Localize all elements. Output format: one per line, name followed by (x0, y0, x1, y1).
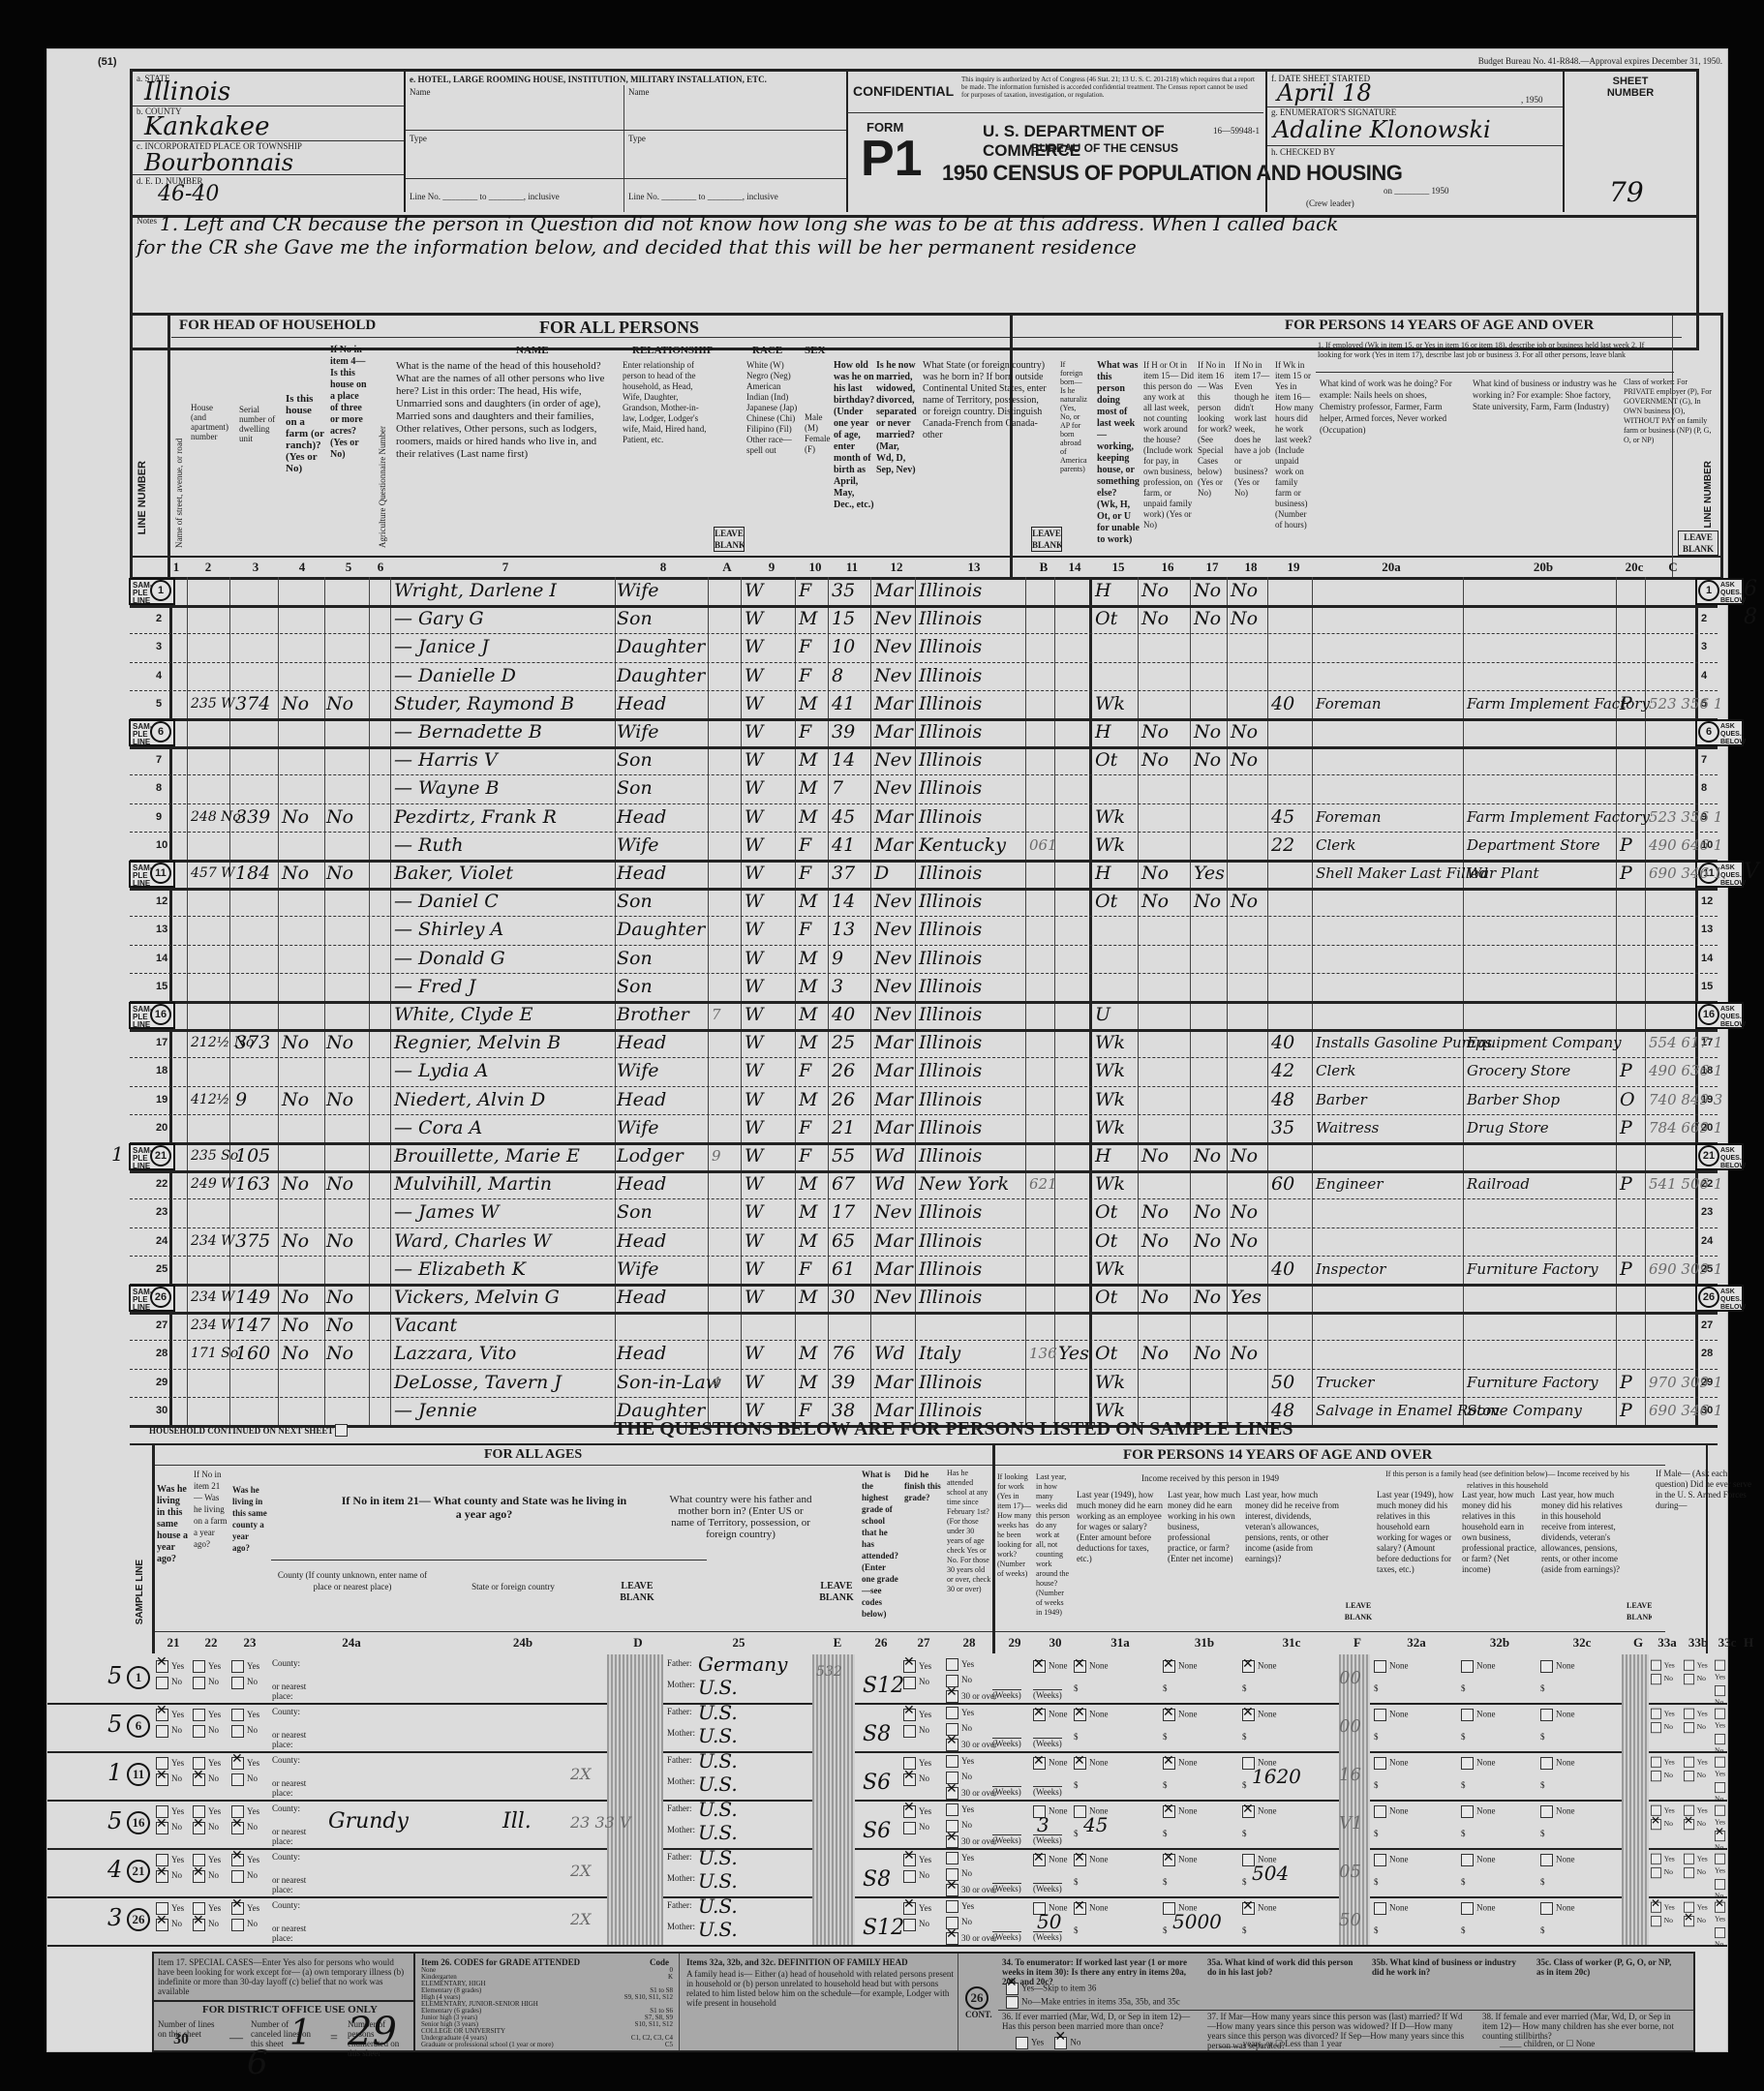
q32c-none[interactable]: None (1540, 1660, 1575, 1673)
father-birthplace[interactable]: U.S. (698, 1749, 738, 1773)
cell-occupation[interactable]: Trucker (1316, 1371, 1374, 1394)
cell-looking[interactable]: No (1194, 607, 1221, 630)
cell-name[interactable]: Brouillette, Marie E (394, 1144, 580, 1167)
cell-marital[interactable]: Mar (874, 1031, 913, 1054)
q28-yes[interactable]: Yes (946, 1755, 974, 1768)
cell-activity[interactable]: Ot (1095, 890, 1117, 913)
q27-yes[interactable]: Yes (903, 1659, 931, 1673)
q21-no[interactable]: No (156, 1917, 182, 1930)
q30-weeks[interactable]: 3 (1037, 1813, 1049, 1836)
cell-birthplace[interactable]: Illinois (919, 692, 982, 715)
cell-hours[interactable]: 60 (1271, 1172, 1294, 1196)
q32b-none-box[interactable] (1461, 1709, 1474, 1721)
cell-birthplace[interactable]: Illinois (919, 720, 982, 743)
cell-sex[interactable]: M (799, 1286, 817, 1309)
q23-no-box[interactable] (231, 1725, 244, 1738)
cell-farm[interactable]: No (282, 1314, 309, 1337)
cell-marital[interactable]: Wd (874, 1342, 905, 1365)
q32a-none[interactable]: None (1374, 1660, 1409, 1673)
cell-relationship[interactable]: Lodger (617, 1144, 684, 1167)
q21-yes[interactable]: Yes (156, 1708, 184, 1721)
cell-codes[interactable]: 690 309 1 (1649, 1258, 1722, 1281)
q27-no-box[interactable] (903, 1677, 916, 1689)
q23-no-box[interactable] (231, 1870, 244, 1883)
cell-activity[interactable]: Ot (1095, 1286, 1117, 1309)
cell-work[interactable]: No (1141, 720, 1169, 743)
cell-industry[interactable]: Barber Shop (1467, 1088, 1560, 1111)
q33b-yes-box[interactable] (1684, 1757, 1694, 1768)
place-value[interactable]: Bourbonnais (144, 149, 293, 176)
q33a-no-box[interactable] (1651, 1674, 1661, 1684)
q30-none-box[interactable] (1033, 1709, 1046, 1721)
q23-no[interactable]: No (231, 1917, 258, 1930)
cell-occupation[interactable]: Clerk (1316, 833, 1355, 857)
q26-grade[interactable]: S8 (863, 1867, 891, 1892)
q22-no-box[interactable] (193, 1870, 205, 1883)
cell-job[interactable]: No (1231, 1200, 1258, 1224)
cell-job[interactable]: Yes (1231, 1286, 1262, 1309)
cell-relationship[interactable]: Son (617, 607, 653, 630)
cell-sex[interactable]: M (799, 1200, 817, 1224)
cell-A[interactable]: 9 (712, 1144, 721, 1167)
q31c-none[interactable]: None (1242, 1660, 1277, 1673)
cell-codes[interactable]: 554 617 1 (1649, 1031, 1722, 1054)
cell-marital[interactable]: Mar (874, 1116, 913, 1139)
cell-relationship[interactable]: Wife (617, 720, 659, 743)
q22-yes[interactable]: Yes (193, 1708, 221, 1721)
persons-enumerated[interactable]: 29 (348, 2010, 397, 2054)
q32c-none-box[interactable] (1540, 1902, 1553, 1915)
cell-looking[interactable]: No (1194, 1286, 1221, 1309)
cell-industry[interactable]: Railroad (1467, 1172, 1530, 1196)
cell-class[interactable]: P (1620, 862, 1632, 885)
cell-relationship[interactable]: Head (617, 862, 666, 885)
q33b-no[interactable]: No (1684, 1915, 1706, 1926)
q31b-none-box[interactable] (1163, 1660, 1175, 1673)
cell-job[interactable]: No (1231, 1144, 1258, 1167)
cell-industry[interactable]: Department Store (1467, 833, 1600, 857)
q31a-none-box[interactable] (1074, 1902, 1086, 1915)
q33a-yes-box[interactable] (1651, 1902, 1661, 1913)
cell-race[interactable]: W (745, 805, 764, 829)
q23-yes-box[interactable] (231, 1709, 244, 1721)
cell-marital[interactable]: Wd (874, 1144, 905, 1167)
q31a-none-box[interactable] (1074, 1709, 1086, 1721)
q33b-yes[interactable]: Yes (1684, 1708, 1708, 1719)
father-birthplace[interactable]: U.S. (698, 1846, 738, 1869)
cell-name[interactable]: — James W (394, 1200, 500, 1224)
q33a-no-box[interactable] (1651, 1722, 1661, 1733)
q23-yes[interactable]: Yes (231, 1708, 259, 1721)
cell-name[interactable]: — Harris V (394, 748, 498, 772)
q32a-none-box[interactable] (1374, 1805, 1386, 1818)
cell-age[interactable]: 45 (832, 805, 855, 829)
q28-yes-box[interactable] (946, 1803, 958, 1816)
cell-sex[interactable]: F (799, 918, 811, 941)
q33c-yes-box[interactable] (1715, 1709, 1725, 1719)
cell-activity[interactable]: Wk (1095, 1059, 1125, 1082)
q33b-no-box[interactable] (1684, 1771, 1694, 1781)
cell-activity[interactable]: Wk (1095, 1371, 1125, 1394)
cell-birthplace[interactable]: Illinois (919, 1258, 982, 1281)
q30-none[interactable]: None (1033, 1709, 1068, 1721)
q31c-amount[interactable]: 504 (1252, 1862, 1289, 1885)
q27-no[interactable]: No (903, 1820, 929, 1833)
q22-no[interactable]: No (193, 1675, 219, 1688)
cell-name[interactable]: Wright, Darlene I (394, 579, 557, 602)
q28-30-or-over[interactable]: 30 or over (946, 1787, 997, 1800)
q26-grade[interactable]: S6 (863, 1771, 891, 1795)
cell-looking[interactable]: No (1194, 1144, 1221, 1167)
q32b-none-box[interactable] (1461, 1757, 1474, 1770)
q23-no[interactable]: No (231, 1820, 258, 1833)
cell-relationship[interactable]: Head (617, 805, 666, 829)
q23-yes[interactable]: Yes (231, 1853, 259, 1866)
q30-none-box[interactable] (1033, 1660, 1046, 1673)
q28-30-or-over-box[interactable] (946, 1835, 958, 1848)
cell-sex[interactable]: F (799, 635, 811, 658)
q31b-amount[interactable]: 5000 (1172, 1910, 1222, 1933)
q33c-yes-box[interactable] (1715, 1660, 1725, 1671)
cell-codes[interactable]: 523 356 1 (1649, 692, 1722, 715)
q30-none[interactable]: None (1033, 1757, 1068, 1770)
q32b-none[interactable]: None (1461, 1757, 1496, 1770)
q32c-none[interactable]: None (1540, 1805, 1575, 1818)
cell-work[interactable]: No (1141, 890, 1169, 913)
q23-yes-box[interactable] (231, 1757, 244, 1770)
q34-no-checkbox[interactable] (1006, 1996, 1019, 2009)
cell-age[interactable]: 9 (832, 947, 843, 970)
q21-no-box[interactable] (156, 1822, 168, 1834)
cell-farm[interactable]: No (282, 805, 309, 829)
cell-birthplace[interactable]: Illinois (919, 1003, 982, 1026)
cell-class[interactable]: P (1620, 1059, 1632, 1082)
cell-industry[interactable]: Equipment Company (1467, 1031, 1622, 1054)
q33a-yes[interactable]: Yes (1651, 1659, 1675, 1671)
cell-activity[interactable]: H (1095, 720, 1111, 743)
q33b-yes[interactable]: Yes (1684, 1659, 1708, 1671)
q21-no-box[interactable] (156, 1870, 168, 1883)
q36-yes-checkbox[interactable] (1016, 2037, 1028, 2049)
q32a-none[interactable]: None (1374, 1854, 1409, 1866)
q27-no-box[interactable] (903, 1725, 916, 1738)
household-continued-checkbox[interactable] (335, 1424, 348, 1437)
cell-sex[interactable]: F (799, 1258, 811, 1281)
q31a-none[interactable]: None (1074, 1757, 1109, 1770)
cell-looking[interactable]: No (1194, 1342, 1221, 1365)
cell-marital[interactable]: Nev (874, 664, 912, 687)
q33b-no-box[interactable] (1684, 1674, 1694, 1684)
q33a-no[interactable]: No (1651, 1915, 1673, 1926)
q27-yes-box[interactable] (903, 1902, 916, 1915)
cell-activity[interactable]: H (1095, 862, 1111, 885)
q21-no[interactable]: No (156, 1868, 182, 1882)
cell-codes[interactable]: 490 646 1 (1649, 833, 1722, 857)
cell-marital[interactable]: Mar (874, 692, 913, 715)
cell-occupation[interactable]: Inspector (1316, 1258, 1385, 1281)
cell-marital[interactable]: Mar (874, 720, 913, 743)
q31a-none[interactable]: None (1074, 1854, 1109, 1866)
q31b-none-box[interactable] (1163, 1854, 1175, 1866)
q22-yes-box[interactable] (193, 1660, 205, 1673)
q33c-no-box[interactable] (1715, 1831, 1725, 1841)
cell-activity[interactable]: Ot (1095, 607, 1117, 630)
cell-house[interactable]: 171 So (191, 1342, 238, 1365)
cell-acres[interactable]: No (326, 1088, 353, 1111)
q32a-none[interactable]: None (1374, 1902, 1409, 1915)
cell-house[interactable]: 234 W (191, 1314, 235, 1337)
cell-work[interactable]: No (1141, 1144, 1169, 1167)
cell-codes[interactable]: 970 309 1 (1649, 1371, 1722, 1394)
q28-yes-box[interactable] (946, 1755, 958, 1768)
q22-no-box[interactable] (193, 1919, 205, 1931)
cell-relationship[interactable]: Son (617, 748, 653, 772)
q31a-none-box[interactable] (1074, 1660, 1086, 1673)
q33b-no[interactable]: No (1684, 1770, 1706, 1781)
cell-age[interactable]: 26 (832, 1088, 855, 1111)
cell-A[interactable]: 4 (712, 1371, 721, 1394)
cell-age[interactable]: 76 (832, 1342, 855, 1365)
cell-serial[interactable]: 163 (235, 1172, 270, 1196)
cell-house[interactable]: 457 W (191, 862, 235, 885)
cell-codes[interactable]: 690 346 1 (1649, 862, 1722, 885)
q30-none-box[interactable] (1033, 1757, 1046, 1770)
cell-relationship[interactable]: Son (617, 1200, 653, 1224)
cell-acres[interactable]: No (326, 1286, 353, 1309)
q31b-none[interactable]: None (1163, 1805, 1198, 1818)
cell-activity[interactable]: U (1095, 1003, 1110, 1026)
q31b-none[interactable]: None (1163, 1660, 1198, 1673)
cell-activity[interactable]: Ot (1095, 1229, 1117, 1253)
q33c-yes-box[interactable] (1715, 1805, 1725, 1816)
q22-no[interactable]: No (193, 1723, 219, 1737)
q31a-none[interactable]: None (1074, 1902, 1109, 1915)
cell-race[interactable]: W (745, 975, 764, 998)
cell-race[interactable]: W (745, 1031, 764, 1054)
cell-serial[interactable]: 374 (235, 692, 270, 715)
cell-looking[interactable]: No (1194, 1200, 1221, 1224)
q27-no-box[interactable] (903, 1870, 916, 1883)
cell-age[interactable]: 67 (832, 1172, 855, 1196)
cell-marital[interactable]: Mar (874, 1059, 913, 1082)
cell-house[interactable]: 234 W (191, 1229, 235, 1253)
cell-age[interactable]: 26 (832, 1059, 855, 1082)
cell-sex[interactable]: M (799, 1088, 817, 1111)
cell-birthplace[interactable]: Illinois (919, 776, 982, 800)
q32c-none-box[interactable] (1540, 1805, 1553, 1818)
cell-age[interactable]: 13 (832, 918, 855, 941)
cell-hours[interactable]: 35 (1271, 1116, 1294, 1139)
q23-yes[interactable]: Yes (231, 1659, 259, 1673)
cell-codes[interactable]: 541 506 1 (1649, 1172, 1722, 1196)
cell-name[interactable]: — Shirley A (394, 918, 503, 941)
cell-marital[interactable]: Nev (874, 607, 912, 630)
cell-looking[interactable]: No (1194, 1229, 1221, 1253)
cell-name[interactable]: Mulvihill, Martin (394, 1172, 552, 1196)
cell-race[interactable]: W (745, 776, 764, 800)
q33b-no-box[interactable] (1684, 1916, 1694, 1926)
cell-marital[interactable]: Nev (874, 947, 912, 970)
cell-relationship[interactable]: Wife (617, 833, 659, 857)
cell-sex[interactable]: M (799, 748, 817, 772)
q28-yes[interactable]: Yes (946, 1900, 974, 1913)
cell-job[interactable]: No (1231, 607, 1258, 630)
father-birthplace[interactable]: Germany (698, 1652, 787, 1676)
cell-birthplace[interactable]: Illinois (919, 1116, 982, 1139)
q37-answer[interactable]: _____ years, or ☐ Less than 1 year (1219, 2039, 1342, 2048)
q23-no-box[interactable] (231, 1677, 244, 1689)
cell-house[interactable]: 234 W (191, 1286, 235, 1309)
cell-sex[interactable]: M (799, 692, 817, 715)
q22-no[interactable]: No (193, 1868, 219, 1882)
cell-work[interactable]: No (1141, 748, 1169, 772)
cell-birthplace[interactable]: Illinois (919, 579, 982, 602)
cell-race[interactable]: W (745, 1003, 764, 1026)
q28-30-or-over[interactable]: 30 or over (946, 1739, 997, 1751)
cell-marital[interactable]: Nev (874, 1003, 912, 1026)
q30-none[interactable]: None (1033, 1854, 1068, 1866)
cell-age[interactable]: 40 (832, 1003, 855, 1026)
cell-name[interactable]: Lazzara, Vito (394, 1342, 516, 1365)
cell-industry[interactable]: Drug Store (1467, 1116, 1549, 1139)
cell-race[interactable]: W (745, 664, 764, 687)
q22-no-box[interactable] (193, 1822, 205, 1834)
cell-name[interactable]: — Donald G (394, 947, 505, 970)
q33a-no[interactable]: No (1651, 1866, 1673, 1878)
cell-relationship[interactable]: Daughter (617, 635, 705, 658)
q31c-amount[interactable]: 1620 (1252, 1765, 1301, 1788)
cell-acres[interactable]: No (326, 1031, 353, 1054)
cell-marital[interactable]: Wd (874, 1172, 905, 1196)
ed-value[interactable]: 46-40 (158, 182, 219, 206)
cell-looking[interactable]: No (1194, 720, 1221, 743)
cell-codes[interactable]: 490 636 1 (1649, 1059, 1722, 1082)
county-value[interactable]: Kankakee (144, 112, 269, 141)
q33a-yes-box[interactable] (1651, 1660, 1661, 1671)
cell-marital[interactable]: Nev (874, 1200, 912, 1224)
cell-name[interactable]: — Lydia A (394, 1059, 488, 1082)
cell-industry[interactable]: Farm Implement Factory (1467, 805, 1650, 829)
q22-yes[interactable]: Yes (193, 1659, 221, 1673)
cell-serial[interactable]: 373 (235, 1031, 270, 1054)
q33c-yes[interactable]: Yes (1715, 1756, 1728, 1779)
cell-sex[interactable]: M (799, 1172, 817, 1196)
cell-sex[interactable]: M (799, 1371, 817, 1394)
cell-occupation[interactable]: Foreman (1316, 692, 1382, 715)
q33b-yes-box[interactable] (1684, 1660, 1694, 1671)
cell-looking[interactable]: No (1194, 579, 1221, 602)
q33a-no[interactable]: No (1651, 1673, 1673, 1684)
cell-relationship[interactable]: Son (617, 947, 653, 970)
cell-class[interactable]: O (1620, 1088, 1635, 1111)
cell-name[interactable]: — Wayne B (394, 776, 499, 800)
cell-birthplace[interactable]: Illinois (919, 947, 982, 970)
q32c-none[interactable]: None (1540, 1902, 1575, 1915)
cell-farm[interactable]: No (282, 1286, 309, 1309)
cell-codes[interactable]: 523 356 1 (1649, 805, 1722, 829)
cell-industry[interactable]: Furniture Factory (1467, 1371, 1598, 1394)
q33c-yes[interactable]: Yes (1715, 1804, 1728, 1828)
cell-name[interactable]: — Bernadette B (394, 720, 542, 743)
q33b-no-box[interactable] (1684, 1819, 1694, 1830)
cell-house[interactable]: 235 W (191, 692, 235, 715)
cell-marital[interactable]: Mar (874, 833, 913, 857)
cell-marital[interactable]: Mar (874, 805, 913, 829)
q31b-none[interactable]: None (1163, 1757, 1198, 1770)
cell-birthplace[interactable]: Illinois (919, 805, 982, 829)
father-birthplace[interactable]: U.S. (698, 1701, 738, 1724)
cell-race[interactable]: W (745, 1200, 764, 1224)
cell-job[interactable]: No (1231, 720, 1258, 743)
cell-occupation[interactable]: Waitress (1316, 1116, 1379, 1139)
cell-hours[interactable]: 40 (1271, 692, 1294, 715)
cell-activity[interactable]: Ot (1095, 1200, 1117, 1224)
cell-race[interactable]: W (745, 1286, 764, 1309)
cell-relationship[interactable]: Son (617, 890, 653, 913)
cell-activity[interactable]: Wk (1095, 1116, 1125, 1139)
cell-serial[interactable]: 160 (235, 1342, 270, 1365)
q33a-no[interactable]: No (1651, 1721, 1673, 1733)
cell-birthplace[interactable]: Illinois (919, 1088, 982, 1111)
cell-acres[interactable]: No (326, 1342, 353, 1365)
mother-birthplace[interactable]: U.S. (698, 1821, 738, 1844)
cell-sex[interactable]: F (799, 862, 811, 885)
q28-30-or-over[interactable]: 30 or over (946, 1835, 997, 1848)
cell-name[interactable]: — Gary G (394, 607, 484, 630)
q32b-none[interactable]: None (1461, 1660, 1496, 1673)
cell-age[interactable]: 21 (832, 1116, 855, 1139)
q21-no[interactable]: No (156, 1723, 182, 1737)
cell-looking[interactable]: Yes (1194, 862, 1225, 885)
q26-grade[interactable]: S6 (863, 1819, 891, 1843)
cell-B[interactable]: 621 (1029, 1172, 1057, 1196)
q31c-none[interactable]: None (1242, 1902, 1277, 1915)
q21-no[interactable]: No (156, 1772, 182, 1785)
q33b-no[interactable]: No (1684, 1818, 1706, 1830)
cell-relationship[interactable]: Head (617, 1286, 666, 1309)
q28-30-or-over[interactable]: 30 or over (946, 1932, 997, 1945)
cell-serial[interactable]: 149 (235, 1286, 270, 1309)
cell-activity[interactable]: Wk (1095, 1172, 1125, 1196)
q27-yes-box[interactable] (903, 1805, 916, 1818)
q28-yes[interactable]: Yes (946, 1658, 974, 1671)
cell-name[interactable]: Baker, Violet (394, 862, 513, 885)
cell-birthplace[interactable]: Illinois (919, 975, 982, 998)
cell-class[interactable]: P (1620, 1258, 1632, 1281)
q27-yes-box[interactable] (903, 1854, 916, 1866)
cell-race[interactable]: W (745, 918, 764, 941)
cell-name[interactable]: Regnier, Melvin B (394, 1031, 561, 1054)
cell-job[interactable]: No (1231, 579, 1258, 602)
q28-30-or-over[interactable]: 30 or over (946, 1690, 997, 1703)
cell-relationship[interactable]: Head (617, 1031, 666, 1054)
cell-marital[interactable]: Nev (874, 890, 912, 913)
q28-30-or-over[interactable]: 30 or over (946, 1884, 997, 1896)
q32b-none-box[interactable] (1461, 1854, 1474, 1866)
cell-race[interactable]: W (745, 1258, 764, 1281)
cell-marital[interactable]: Mar (874, 1258, 913, 1281)
cell-hours[interactable]: 48 (1271, 1088, 1294, 1111)
q27-no-box[interactable] (903, 1773, 916, 1786)
cell-activity[interactable]: Wk (1095, 805, 1125, 829)
q22-no[interactable]: No (193, 1772, 219, 1785)
cell-acres[interactable]: No (326, 805, 353, 829)
cell-marital[interactable]: Nev (874, 748, 912, 772)
q23-no-box[interactable] (231, 1822, 244, 1834)
cell-looking[interactable]: No (1194, 890, 1221, 913)
q32c-none-box[interactable] (1540, 1854, 1553, 1866)
cell-farm[interactable]: No (282, 1172, 309, 1196)
